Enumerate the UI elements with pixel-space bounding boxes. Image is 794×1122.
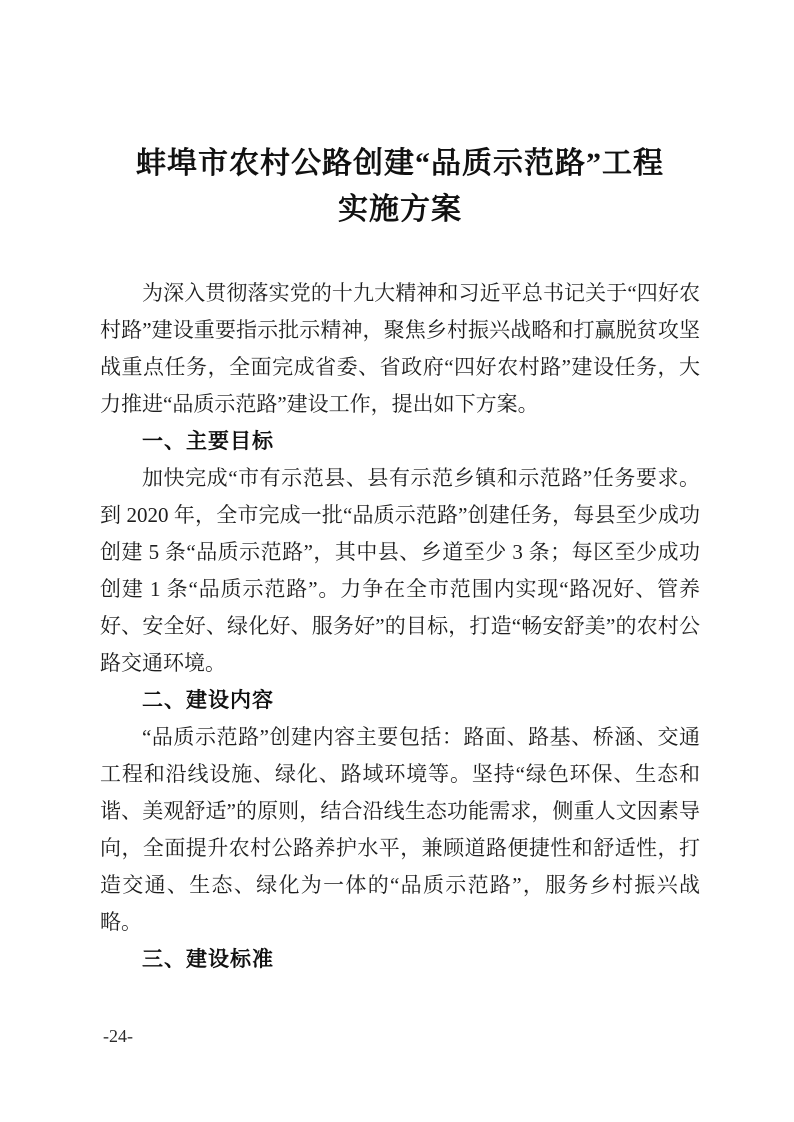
page-number: -24- <box>103 1024 133 1048</box>
document-title: 蚌埠市农村公路创建“品质示范路”工程 实施方案 <box>100 141 700 233</box>
section-heading-main-goals: 一、主要目标 <box>100 423 700 460</box>
section-heading-construction-content: 二、建设内容 <box>100 682 700 719</box>
section-heading-construction-standards: 三、建设标准 <box>100 941 700 978</box>
document-title-line-1: 蚌埠市农村公路创建“品质示范路”工程 <box>100 141 700 187</box>
document-content: 蚌埠市农村公路创建“品质示范路”工程 实施方案 为深入贯彻落实党的十九大精神和习… <box>100 141 700 978</box>
section-body-construction-content: “品质示范路”创建内容主要包括：路面、路基、桥涵、交通工程和沿线设施、绿化、路域… <box>100 719 700 941</box>
section-body-main-goals: 加快完成“市有示范县、县有示范乡镇和示范路”任务要求。到 2020 年，全市完成… <box>100 460 700 682</box>
intro-paragraph: 为深入贯彻落实党的十九大精神和习近平总书记关于“四好农村路”建设重要指示批示精神… <box>100 275 700 423</box>
document-page: 蚌埠市农村公路创建“品质示范路”工程 实施方案 为深入贯彻落实党的十九大精神和习… <box>0 0 794 1122</box>
document-title-line-2: 实施方案 <box>100 187 700 233</box>
